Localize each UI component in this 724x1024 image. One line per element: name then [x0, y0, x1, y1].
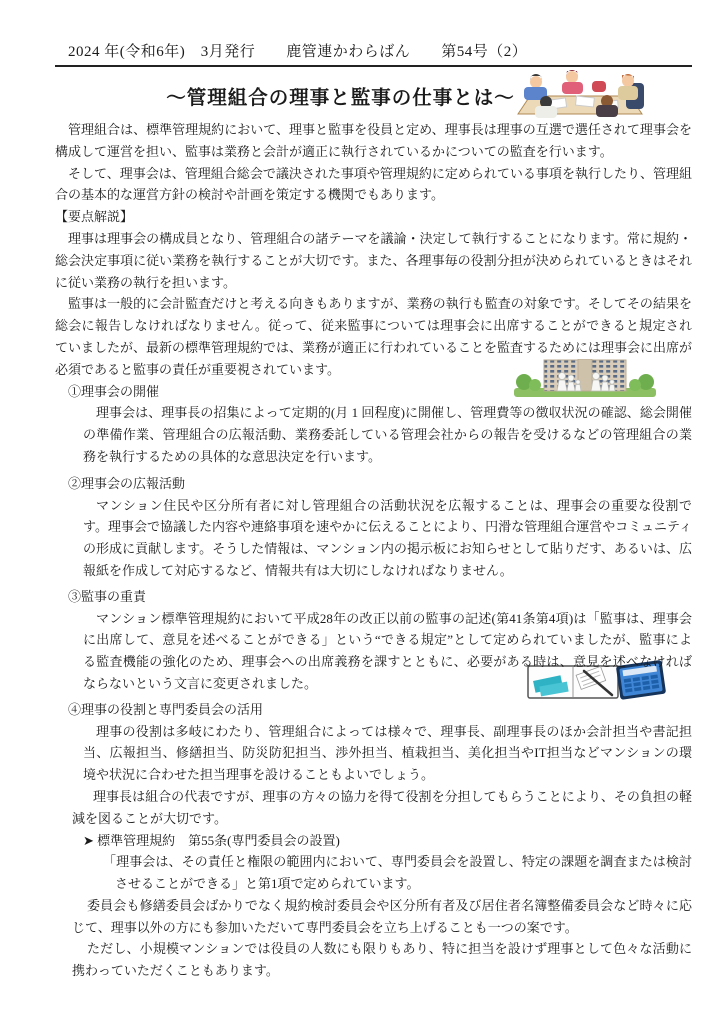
section-3-heading: ③監事の重責	[55, 586, 692, 608]
intro-paragraph-2: そして、理事会は、管理組合総会で議決された事項や管理規約に定められている事項を執…	[55, 163, 692, 207]
section-1-body: 理事会は、理事長の招集によって定期的(月 1 回程度)に開催し、管理費等の徴収状…	[83, 402, 692, 467]
section-2-heading: ②理事会の広報活動	[55, 473, 692, 495]
document-content: 2024 年(令和6年) 3月発行 鹿管連かわらばん 第54号（2） ～管理組合…	[55, 40, 692, 982]
section-4-bullet-item: ➤ 標準管理規約 第55条(専門委員会の設置)	[83, 830, 692, 852]
section-1-heading: ①理事会の開催	[55, 381, 692, 403]
section-2-body: マンション住民や区分所有者に対し管理組合の活動状況を広報することは、理事会の重要…	[83, 495, 692, 582]
section-4-paragraph-2: 理事長は組合の代表ですが、理事の方々の協力を得て役割を分担してもらうことにより、…	[72, 786, 692, 830]
page-title: ～管理組合の理事と監事の仕事とは～	[55, 82, 626, 110]
section-4-quote: 「理事会は、その責任と権限の範囲内において、専門委員会を設置し、特定の課題を調査…	[115, 851, 692, 895]
issue-line: 2024 年(令和6年) 3月発行 鹿管連かわらばん 第54号（2）	[68, 44, 527, 60]
section-4-body: 理事の役割は多岐にわたり、管理組合によっては様々で、理事長、副理事長のほか会計担…	[83, 721, 692, 786]
newsletter-page: 2024 年(令和6年) 3月発行 鹿管連かわらばん 第54号（2） ～管理組合…	[0, 0, 724, 1024]
key-points-paragraph-1: 理事は理事会の構成員となり、管理組合の諸テーマを議論・決定して執行することになり…	[55, 228, 692, 293]
section-3-body: マンション標準管理規約において平成28年の改正以前の監事の記述(第41条第4項)…	[83, 608, 692, 695]
key-points-heading: 【要点解説】	[55, 206, 692, 228]
section-4-paragraph-3: 委員会も修繕委員会ばかりでなく規約検討委員会や区分所有者及び居住者名簿整備委員会…	[72, 895, 692, 939]
section-4-heading: ④理事の役割と専門委員会の活用	[55, 699, 692, 721]
section-4-paragraph-4: ただし、小規模マンションでは役員の人数にも限りもあり、特に担当を設けず理事として…	[72, 938, 692, 982]
intro-paragraph-1: 管理組合は、標準管理規約において、理事と監事を役員と定め、理事長は理事の互選で選…	[55, 119, 692, 163]
masthead: 2024 年(令和6年) 3月発行 鹿管連かわらばん 第54号（2）	[55, 40, 692, 67]
key-points-paragraph-2: 監事は一般的に会計監査だけと考える向きもありますが、業務の執行も監査の対象です。…	[55, 293, 692, 380]
